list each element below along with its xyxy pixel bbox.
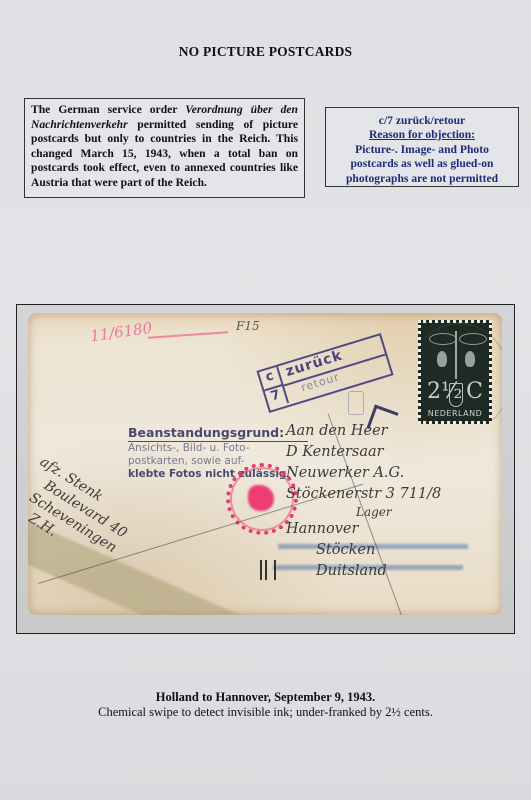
- zuruck-cell-7: 7: [265, 386, 289, 409]
- intro-text-box: The German service order Verordnung über…: [24, 98, 305, 198]
- printer-logo-icon: [260, 560, 276, 580]
- caption-title: Holland to Hannover, September 9, 1943.: [0, 690, 531, 705]
- reason-heading: Reason for objection:: [330, 128, 514, 142]
- address-line-3: Neuwerker A.G.: [286, 463, 496, 484]
- postmark-arc: [408, 323, 502, 435]
- address-line-5: Lager: [286, 505, 496, 519]
- address-line-7: Stöcken: [286, 540, 496, 561]
- small-seal-mark: [348, 391, 364, 415]
- reason-box: c/7 zurück/retour Reason for objection: …: [325, 107, 519, 187]
- address-line-6: Hannover: [286, 519, 496, 540]
- postcard: 11/6180 F15 c 7 zurück retour 2½ C NEDER…: [28, 313, 502, 615]
- pencil-note: F15: [236, 319, 260, 333]
- caption-description: Chemical swipe to detect invisible ink; …: [0, 705, 531, 720]
- caption: Holland to Hannover, September 9, 1943. …: [0, 690, 531, 720]
- objection-line-2: postkarten, sowie auf-: [128, 455, 308, 468]
- pink-pencil-line: [148, 331, 228, 339]
- address-line-1: Aan den Heer: [286, 421, 496, 442]
- reason-line-5: photographs are not permitted: [330, 172, 514, 186]
- address-line-4: Stöckenerstr 3 711/8: [286, 484, 496, 505]
- objection-line-1: Ansichts-, Bild- u. Foto-: [128, 442, 308, 455]
- reason-line-1: c/7 zurück/retour: [330, 114, 514, 128]
- reason-line-3: Picture-. Image- and Photo: [330, 143, 514, 157]
- address-line-8: Duitsland: [286, 561, 496, 582]
- address-line-2: D Kentersaar: [286, 442, 496, 463]
- zuruck-stamp: c 7 zurück retour: [256, 333, 393, 413]
- reason-line-4: postcards as well as glued-on: [330, 157, 514, 171]
- eagle-icon: [248, 485, 274, 511]
- address-block: Aan den Heer D Kentersaar Neuwerker A.G.…: [286, 421, 496, 582]
- objection-heading: Beanstandungsgrund:: [128, 425, 308, 442]
- page-title: NO PICTURE POSTCARDS: [0, 44, 531, 60]
- pink-pencil-note: 11/6180: [89, 319, 153, 345]
- intro-text-before: The German service order: [31, 103, 185, 116]
